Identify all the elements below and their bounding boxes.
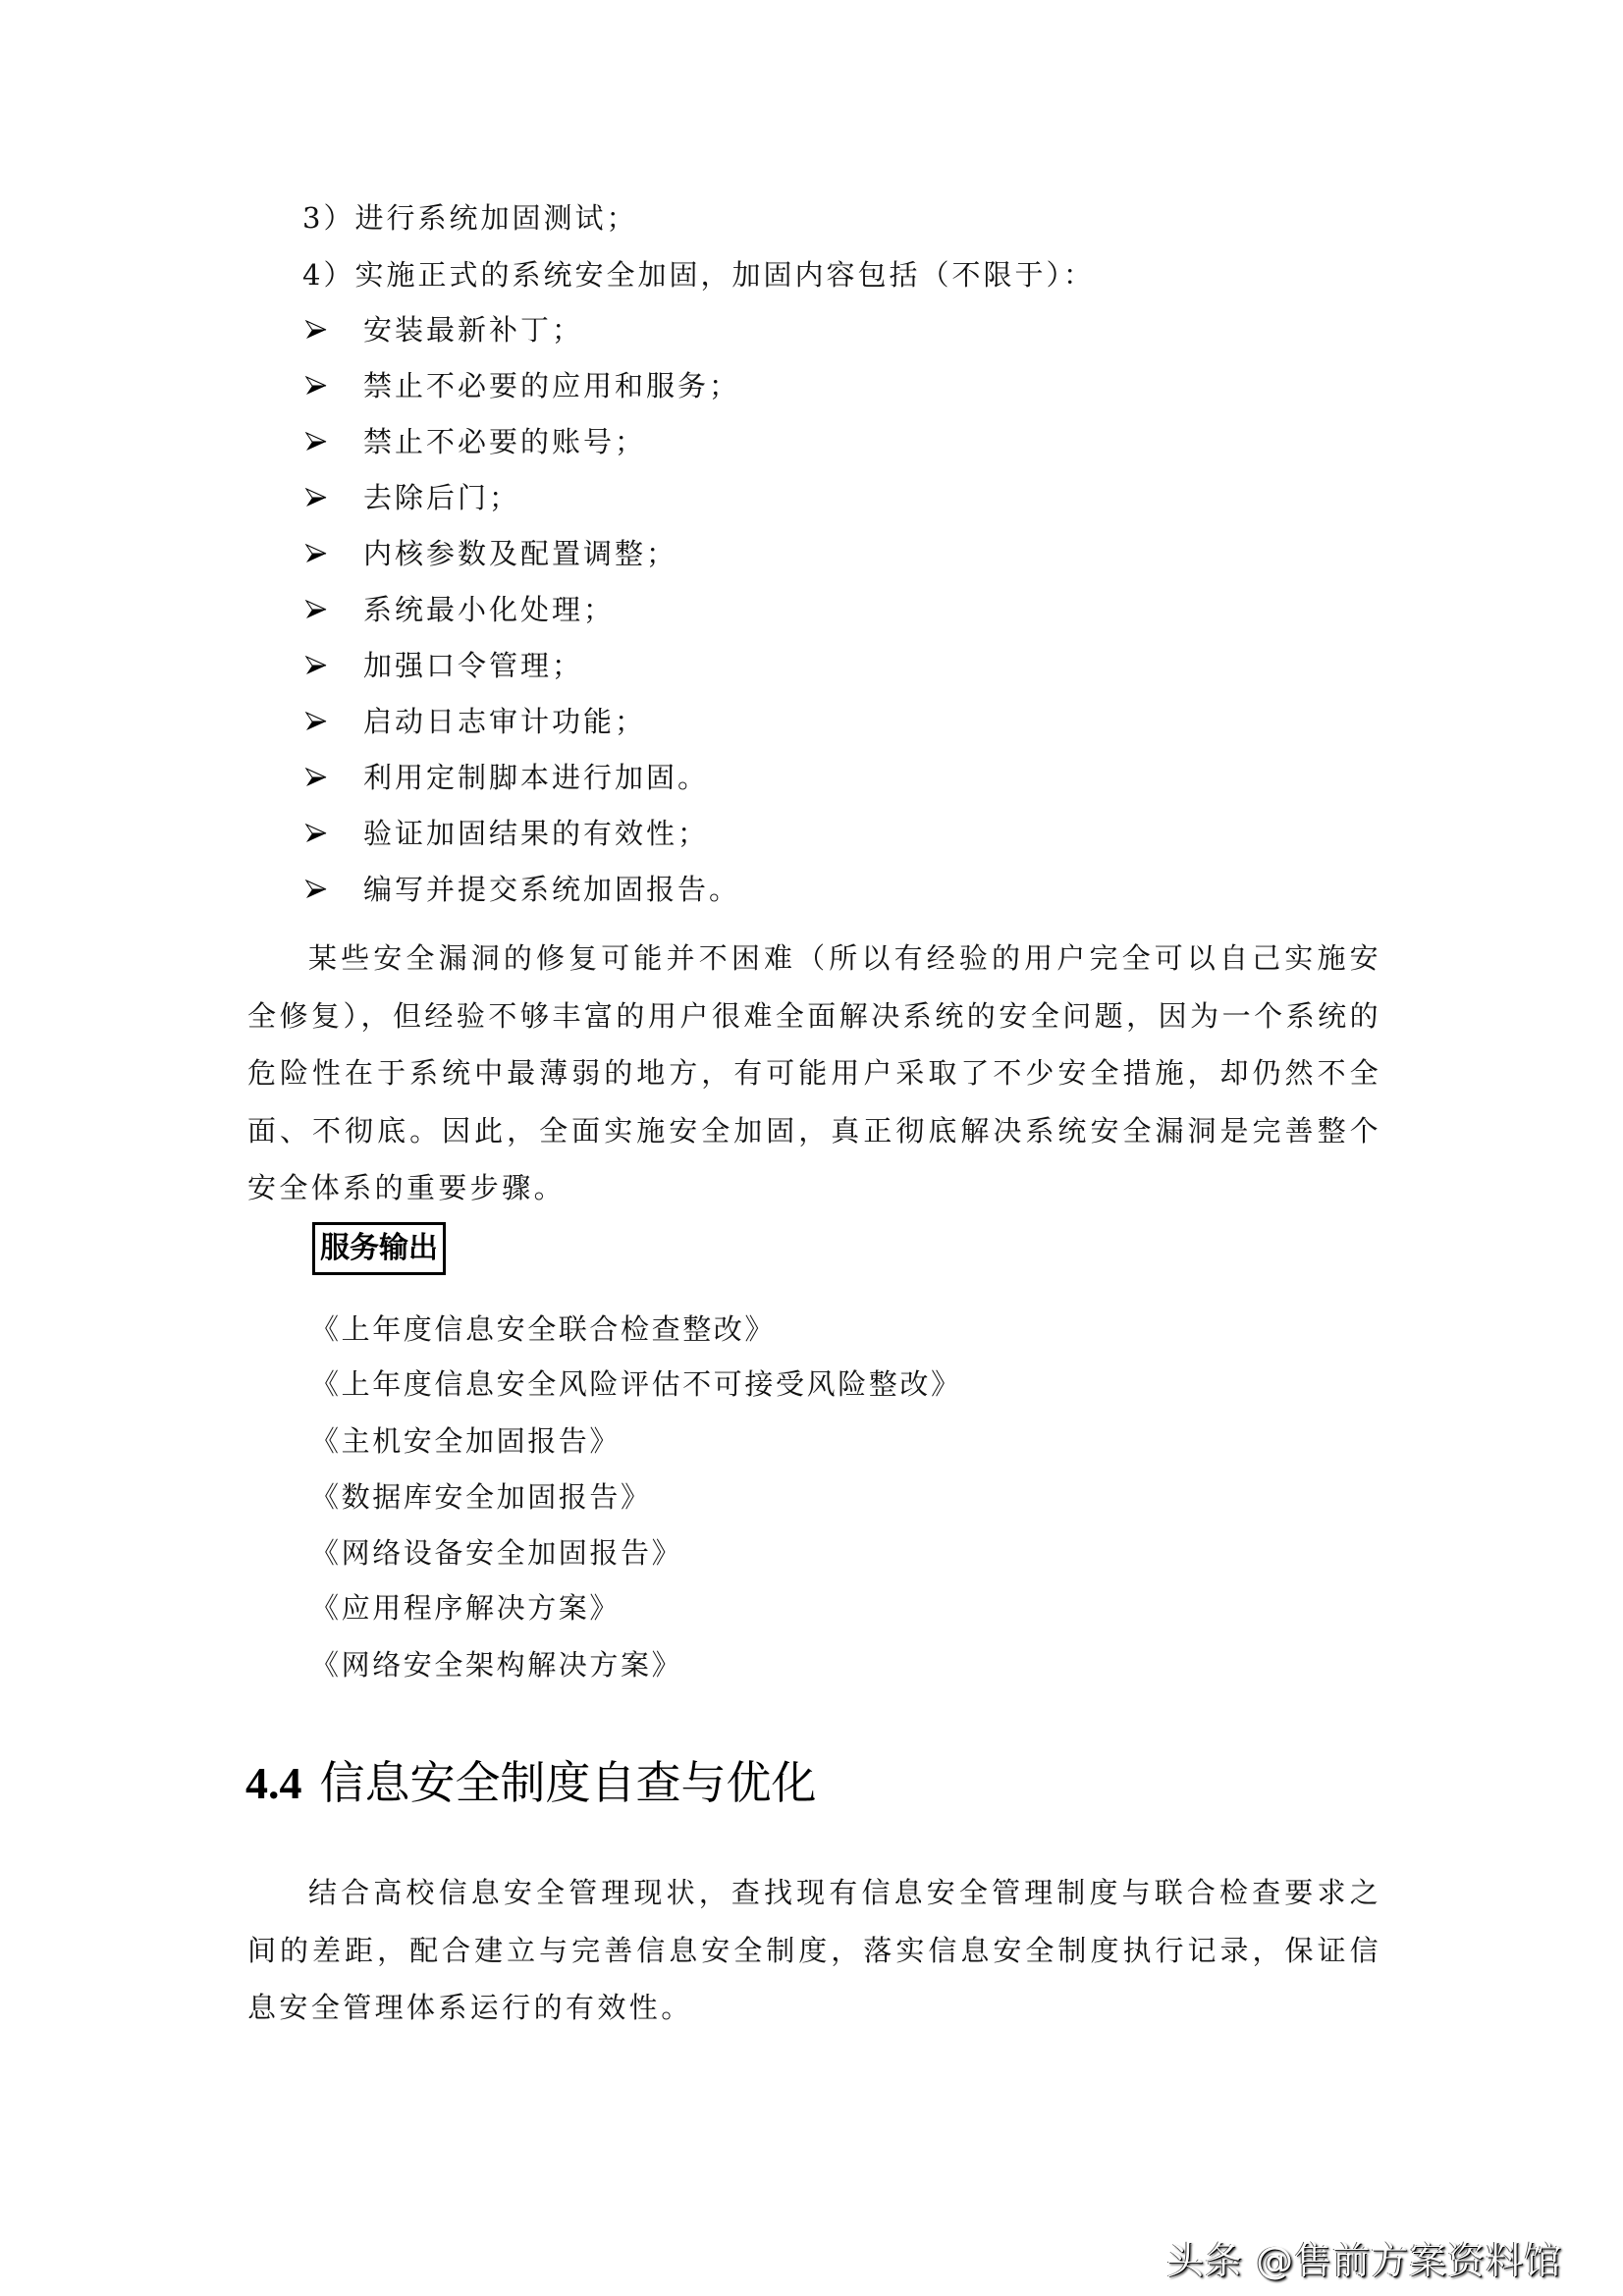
arrow-bullet-icon [304,374,328,398]
arrow-bullet-icon [304,430,328,454]
list-item: 《数据库安全加固报告》 [310,1477,652,1517]
arrow-bullet-icon [304,654,328,677]
hardening-paragraph: 某些安全漏洞的修复可能并不困难（所以有经验的用户完全可以自己实施安全修复），但经… [247,930,1381,1217]
bullet-text: 禁止不必要的账号； [363,422,646,461]
list-item: 《上年度信息安全联合检查整改》 [310,1309,776,1349]
arrow-bullet-icon [304,542,328,565]
bullet-text: 安装最新补丁； [363,310,583,349]
bullet-text: 内核参数及配置调整； [363,534,677,573]
bullet-text: 禁止不必要的应用和服务； [363,366,740,405]
list-item: 《网络设备安全加固报告》 [310,1533,682,1573]
arrow-bullet-icon [304,822,328,845]
bullet-text: 系统最小化处理； [363,590,615,629]
section-title: 信息安全制度自查与优化 [320,1756,817,1809]
list-item: 《上年度信息安全风险评估不可接受风险整改》 [310,1364,962,1404]
bullet-text: 加强口令管理； [363,646,583,685]
arrow-bullet-icon [304,318,328,342]
list-item: 《应用程序解决方案》 [310,1588,621,1628]
bullet-text: 利用定制脚本进行加固。 [363,758,709,797]
watermark: 头条 @售前方案资料馆 [1166,2238,1562,2283]
section-heading: 4.4信息安全制度自查与优化 [245,1755,817,1811]
bullet-text: 启动日志审计功能； [363,702,646,741]
step-4: 4）实施正式的系统安全加固，加固内容包括（不限于）： [302,255,1441,294]
policy-paragraph: 结合高校信息安全管理现状，查找现有信息安全管理制度与联合检查要求之间的差距，配合… [247,1864,1381,2037]
step-3: 3）进行系统加固测试； [302,198,1441,238]
bullet-text: 去除后门； [363,478,520,517]
arrow-bullet-icon [304,710,328,733]
list-item: 《主机安全加固报告》 [310,1421,621,1461]
arrow-bullet-icon [304,598,328,621]
document-page: 3）进行系统加固测试； 4）实施正式的系统安全加固，加固内容包括（不限于）： 安… [0,0,1623,2296]
arrow-bullet-icon [304,766,328,789]
section-number: 4.4 [245,1758,302,1808]
list-item: 《网络安全架构解决方案》 [310,1645,682,1684]
arrow-bullet-icon [304,878,328,901]
bullet-text: 编写并提交系统加固报告。 [363,870,740,909]
arrow-bullet-icon [304,486,328,509]
bullet-text: 验证加固结果的有效性； [363,814,709,853]
service-output-label: 服务输出 [312,1222,446,1275]
